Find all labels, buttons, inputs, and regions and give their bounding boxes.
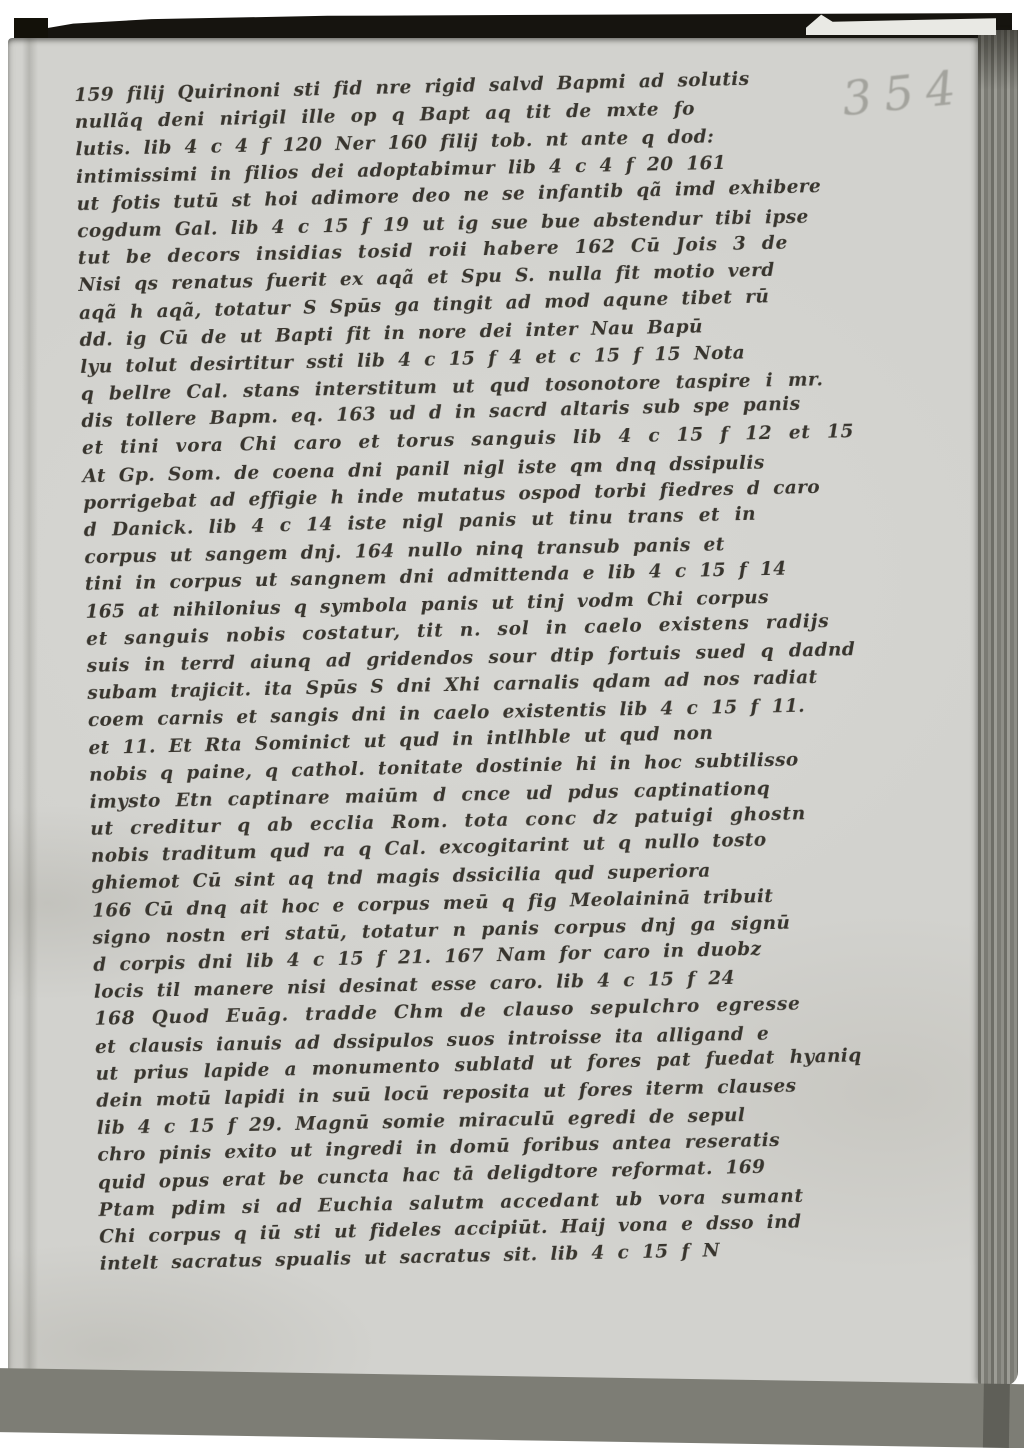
manuscript-page: 354 159 filij Quirinoni sti fid nre rigi… [8,38,1008,1390]
manuscript-text-block: 159 filij Quirinoni sti fid nre rigid sa… [74,62,1005,1278]
scan-photo: 354 159 filij Quirinoni sti fid nre rigi… [0,0,1024,1448]
book-page-edges [978,30,1018,1386]
page-crease [22,38,38,1390]
